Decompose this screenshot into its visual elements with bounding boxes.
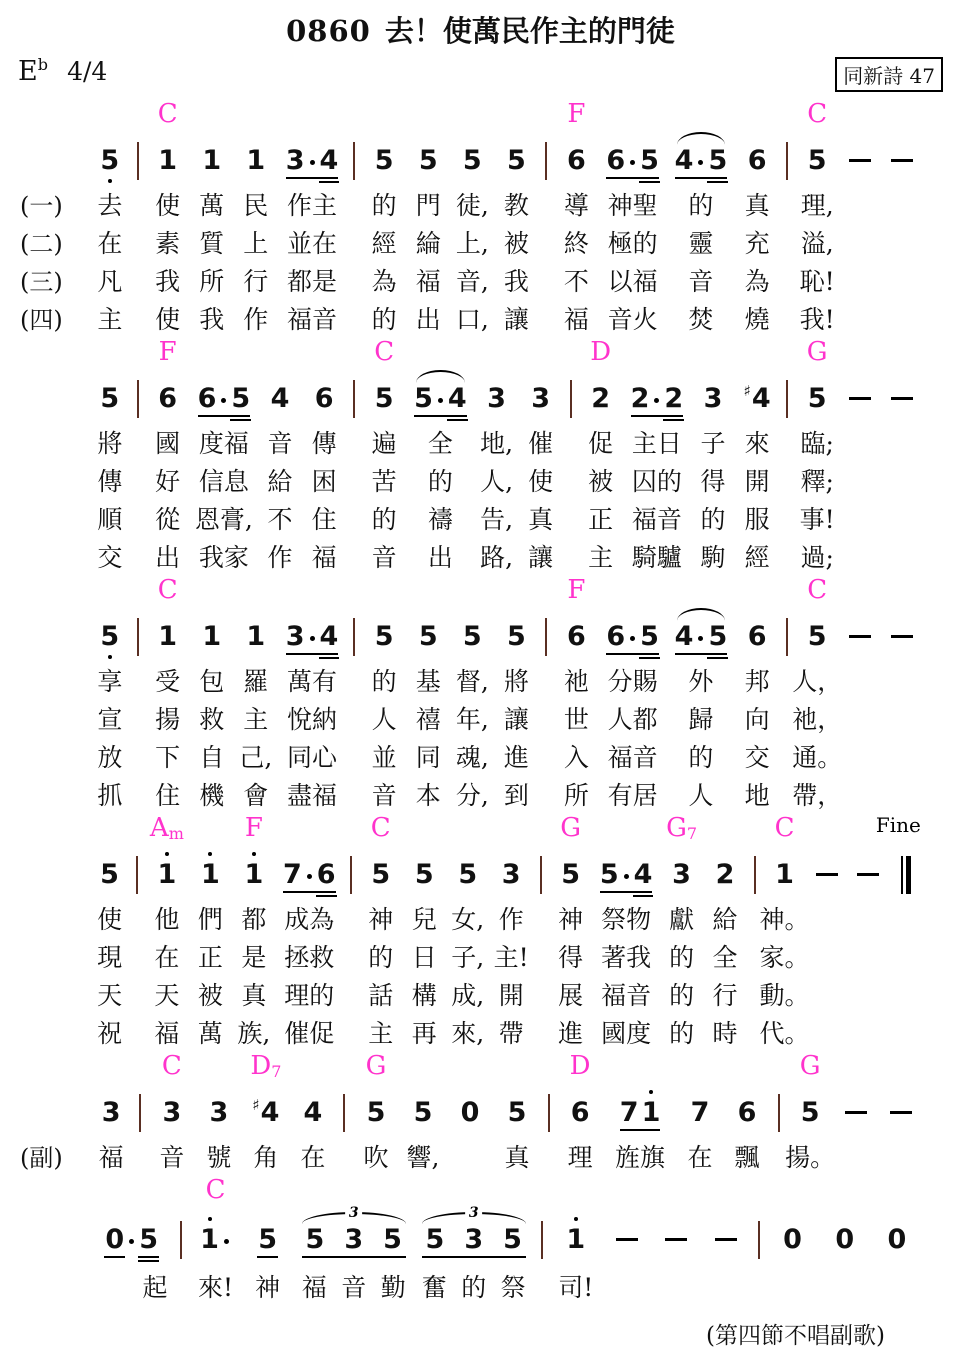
lyric (889, 939, 923, 977)
note-number: 3 (464, 1226, 483, 1253)
lyric (871, 1269, 923, 1307)
lyric: 世 (554, 701, 598, 739)
note-column: D6理 (557, 1053, 604, 1177)
note-column: 5將傳順交 (90, 339, 130, 577)
barline-column (779, 339, 795, 577)
note-row-cell: 5 (549, 849, 592, 901)
lyric (130, 539, 146, 577)
barline (786, 380, 788, 418)
lyric (346, 463, 362, 501)
note-number: 1 (201, 861, 220, 888)
lyric: 女, (446, 901, 489, 939)
note-column: 3子得的駒 (691, 339, 735, 577)
note-number: 7 (620, 1099, 639, 1126)
chord-symbol: G (549, 815, 592, 849)
barline-column (173, 1177, 189, 1307)
note-row-cell (538, 135, 554, 187)
note-column: 5將讓進到 (494, 577, 538, 815)
note-number: 4 (320, 147, 339, 174)
lyric: 祝 (90, 1015, 129, 1053)
lyric: 享 (90, 663, 130, 701)
lyric (779, 425, 795, 463)
chord-root: G (666, 815, 687, 841)
lyric: 正 (189, 939, 232, 977)
lyric: 代。 (763, 1015, 806, 1053)
octave-dot-above (574, 1217, 578, 1221)
lyric: 到 (494, 777, 538, 815)
chord-spacer (362, 101, 406, 135)
barline-column (129, 815, 145, 1053)
note-row-cell: 5 (362, 373, 406, 425)
beamed-note-group: 65 (198, 385, 251, 412)
lyric: 外 (667, 663, 735, 701)
note-row-cell (346, 611, 362, 663)
lyric (130, 225, 146, 263)
lyric (806, 939, 847, 977)
duration-dash (849, 635, 871, 638)
chord-root: C (775, 815, 795, 841)
note-number: 6 (315, 385, 334, 412)
note-row-cell: 3 (90, 1087, 132, 1139)
lyric: 質 (190, 225, 234, 263)
footnote: (第四節不唱副歌) (18, 1317, 943, 1350)
note-column: 6真充為燒 (735, 101, 779, 339)
lyric: 悅納 (278, 701, 346, 739)
duration-dash (816, 873, 838, 876)
beam-underline (286, 653, 339, 655)
chord-root: C (158, 577, 178, 603)
chord-spacer (701, 1177, 751, 1211)
note-row-cell (602, 1211, 652, 1269)
chord-spacer (494, 1053, 541, 1087)
note-number: 2 (664, 385, 683, 412)
lyric: 督, (450, 663, 494, 701)
beamed-note-group: 34 (286, 147, 339, 174)
note-number: 1 (566, 1226, 585, 1253)
note-number: 4 (634, 861, 653, 888)
augmentation-dot (310, 636, 315, 641)
note-number: 3 (531, 385, 550, 412)
chord-spacer (276, 815, 343, 849)
lyric: 展 (549, 977, 592, 1015)
lyric: 信息 (190, 463, 258, 501)
note-row-cell: 1 (145, 849, 188, 901)
lyric: 給 (703, 901, 746, 939)
note-row-cell (878, 1087, 923, 1139)
note-row-cell: 5 (795, 373, 839, 425)
underline-sixteenth (639, 657, 660, 659)
fine-mark: Fine (889, 815, 923, 849)
lyric (533, 901, 549, 939)
lyric: 來 (735, 425, 779, 463)
verse-label (18, 701, 90, 739)
lyric: 將 (90, 425, 130, 463)
chord-spacer (446, 815, 489, 849)
barline-column (541, 1053, 557, 1177)
chord-symbol: C (146, 577, 190, 611)
note-row-cell (533, 849, 549, 901)
lyric: 我! (795, 301, 839, 339)
chord-root: F (567, 577, 585, 603)
lyric: 成為 (276, 901, 343, 939)
chord-spacer (623, 339, 691, 373)
note-column: 6邦向交地 (735, 577, 779, 815)
barline-column (336, 1053, 352, 1177)
chord-spacer (475, 339, 519, 373)
lyric: 救 (190, 701, 234, 739)
verse-label-column (18, 339, 90, 577)
note-row-cell (881, 611, 923, 663)
lyric: 時 (703, 1015, 746, 1053)
lyric: 帶， (795, 777, 839, 815)
sheet-music-page: 0860去！使萬民作主的門徒 Eb 4/4 同新詩 47 (一)(二)(三)(四… (0, 0, 961, 1350)
lyric: 福 (554, 301, 598, 339)
note-number: 6 (606, 147, 625, 174)
duration-dash (616, 1238, 638, 1241)
note-row-cell (173, 1211, 189, 1269)
lyric (839, 263, 881, 301)
lyric: 通。 (795, 739, 839, 777)
lyric (839, 425, 881, 463)
lyric (130, 701, 146, 739)
verse-label: (三) (18, 263, 90, 301)
note-row-cell: 5 (450, 611, 494, 663)
note-column: 0 (447, 1053, 494, 1177)
chord-root: C (162, 1053, 182, 1079)
note-number: 5 (371, 861, 390, 888)
barline (136, 856, 138, 894)
tie-arc (416, 370, 464, 383)
beamed-note-group: 65 (606, 147, 659, 174)
note-column: G5吹 (352, 1053, 399, 1177)
note-row-cell: 5 (494, 611, 538, 663)
note-row-cell: 2 (703, 849, 746, 901)
lyric (779, 539, 795, 577)
note-row-cell (132, 1087, 148, 1139)
chord-spacer (563, 339, 579, 373)
note-row-cell: 1 (190, 135, 234, 187)
chord-symbol: G (352, 1053, 399, 1087)
lyric: 音火 (598, 301, 666, 339)
note-number: 1 (157, 861, 176, 888)
underline-sixteenth (316, 895, 337, 897)
beamed-note-group: 54 (414, 385, 467, 412)
note-row-cell (18, 135, 90, 187)
chord-root: G (807, 339, 828, 365)
augmentation-dot (310, 160, 315, 165)
note-row-cell: 6 (557, 1087, 604, 1139)
lyric: 自 (190, 739, 234, 777)
octave-dot-above (252, 852, 256, 856)
note-number: 5 (139, 1226, 158, 1253)
barline (758, 1221, 760, 1259)
lyric: 交 (90, 539, 130, 577)
lyric (839, 225, 881, 263)
lyric (881, 739, 923, 777)
note-row-cell: 5 (406, 611, 450, 663)
lyric: 的 (660, 1015, 703, 1053)
note-number: 7 (691, 1099, 710, 1126)
chord-spacer (90, 1177, 173, 1211)
note-number: 5 (600, 861, 619, 888)
lyric (881, 425, 923, 463)
note-number: 1 (158, 623, 177, 650)
note-column: 5使現天祝 (90, 815, 129, 1053)
lyric: 理的 (276, 977, 343, 1015)
chord-spacer (402, 815, 445, 849)
underline-sixteenth (138, 1260, 159, 1262)
lyric: 向 (735, 701, 779, 739)
chord-spacer (691, 339, 735, 373)
chord-root: G (366, 1053, 387, 1079)
lyric (533, 1015, 549, 1053)
lyric (346, 701, 362, 739)
verse-label (18, 539, 90, 577)
lyric: 事! (795, 501, 839, 539)
lyric (130, 187, 146, 225)
chord-symbol: F (554, 577, 598, 611)
lyric: 遍 (362, 425, 406, 463)
lyric: 被 (494, 225, 538, 263)
note-number: 3 (344, 1226, 363, 1253)
lyric: 真 (232, 977, 275, 1015)
barline (570, 380, 572, 418)
lyric: 在 (289, 1139, 336, 1177)
lyric: 主! (489, 939, 532, 977)
chord-spacer (602, 1177, 652, 1211)
note-number: 2 (591, 385, 610, 412)
chord-root: C (158, 101, 178, 127)
chord-symbol: D (579, 339, 623, 373)
system-2: 5將傳順交F6國好從出65度福信息恩膏,我家4音給不作6傳困住福C5遍苦的音54… (18, 339, 923, 577)
note-column: 5享宣放抓 (90, 577, 130, 815)
note-number: 3 (162, 1099, 181, 1126)
lyric: 度福 (190, 425, 258, 463)
lyric: 子 (691, 425, 735, 463)
chord-spacer (90, 101, 130, 135)
augmentation-dot (224, 1239, 229, 1244)
lyric: 素 (146, 225, 190, 263)
lyric-char: 祭 (501, 1275, 526, 1300)
lyric: 在 (145, 939, 188, 977)
lyric (346, 263, 362, 301)
note-number: 6 (571, 1099, 590, 1126)
note-column (839, 577, 881, 815)
chord-spacer (447, 1053, 494, 1087)
lyric: 分賜 (598, 663, 666, 701)
verse-label (18, 663, 90, 701)
lyric: 人 (362, 701, 406, 739)
duration-dash (849, 159, 871, 162)
chord-spacer (406, 577, 450, 611)
note-column: 3535奮的祭 (414, 1177, 534, 1307)
chord-root: D (570, 1053, 591, 1079)
lyric: 促 (579, 425, 623, 463)
lyric (538, 701, 554, 739)
note-row-cell: 1 (189, 1211, 241, 1269)
lyric: 被 (579, 463, 623, 501)
note-row-cell: 4 (289, 1087, 336, 1139)
underline-eighth (138, 1256, 159, 1258)
lyric-char: 勤 (381, 1275, 406, 1300)
lyric: 國度 (592, 1015, 659, 1053)
barline (139, 1094, 141, 1132)
lyric: 入 (554, 739, 598, 777)
lyric (343, 939, 359, 977)
verse-label (18, 501, 90, 539)
note-row-cell: 3 (148, 1087, 195, 1139)
verse-label-column: (一)(二)(三)(四) (18, 101, 90, 339)
note-number: 5 (463, 147, 482, 174)
lyric: 住 (302, 501, 346, 539)
lyric-char: 的 (461, 1275, 486, 1300)
lyric: 的 (660, 977, 703, 1015)
note-row-cell: ♯4 (242, 1087, 289, 1139)
system-5: (副)3福C3音3號D7♯4角4在G5吹5響,05真D6理71旌旗7在6飄G5揚… (18, 1053, 923, 1177)
lyric: 開 (489, 977, 532, 1015)
note-number: 6 (158, 385, 177, 412)
chord-spacer (18, 577, 90, 611)
final-barline (901, 856, 911, 894)
note-row-cell: 54 (406, 373, 474, 425)
chord-root: D (590, 339, 611, 365)
note-column: 3號 (195, 1053, 242, 1177)
verse-label (18, 1269, 90, 1307)
barline-column (343, 815, 359, 1053)
lyric: 進 (494, 739, 538, 777)
lyric: 都 (232, 901, 275, 939)
lyric (346, 425, 362, 463)
chord-spacer (541, 1053, 557, 1087)
verse-label (18, 1015, 90, 1053)
duration-dash (665, 1238, 687, 1241)
lyric: 我 (190, 301, 234, 339)
chord-root: A (150, 815, 169, 841)
lyric (848, 901, 889, 939)
note-row-cell: 1 (763, 849, 806, 901)
note-row-cell: 5 (402, 849, 445, 901)
verse-label: (副) (18, 1139, 90, 1177)
beam-underline (414, 415, 467, 417)
note-row-cell: 5 (242, 1211, 294, 1269)
chord-spacer (132, 1053, 148, 1087)
chord-symbol: D (557, 1053, 604, 1087)
lyric: 萬 (189, 1015, 232, 1053)
beamed-note-group: 71 (620, 1099, 661, 1126)
note-number: 4 (304, 1099, 323, 1126)
note-row-cell (18, 1087, 90, 1139)
lyric: 音 (148, 1139, 195, 1177)
lyric (538, 663, 554, 701)
note-column: 5督,年,魂,分, (450, 577, 494, 815)
lyric: 傳 (90, 463, 130, 501)
lyric (881, 187, 923, 225)
lyric: 有居 (598, 777, 666, 815)
octave-dot-above (649, 1090, 653, 1094)
note-row-cell (779, 373, 795, 425)
chord-symbol: F (146, 339, 190, 373)
barline (541, 1221, 543, 1259)
lyric: 苦 (362, 463, 406, 501)
lyric (839, 463, 881, 501)
note-row-cell (848, 849, 889, 901)
triplet-group: 3535 (302, 1226, 406, 1253)
note-column: 2給全行時 (703, 815, 746, 1053)
verse-label-column (18, 815, 90, 1053)
note-row-cell: 34 (278, 611, 346, 663)
lyric (779, 501, 795, 539)
barline (180, 1221, 182, 1259)
lyric: 駒 (691, 539, 735, 577)
note-row-cell: 76 (276, 849, 343, 901)
note-number: 5 (100, 861, 119, 888)
lyric: 福音 (623, 501, 691, 539)
note-column: 22主日囚的福音騎驢 (623, 339, 691, 577)
note-column: G73獻的的的 (660, 815, 703, 1053)
lyric (889, 977, 923, 1015)
lyric (848, 1015, 889, 1053)
chord-spacer (779, 339, 795, 373)
chord-spacer (234, 577, 278, 611)
chord-spacer (881, 577, 923, 611)
note-column (834, 1053, 879, 1177)
lyric (848, 939, 889, 977)
triplet-number: 3 (465, 1205, 483, 1221)
lyric: 我 (494, 263, 538, 301)
chord-spacer (195, 1053, 242, 1087)
chord-root: C (374, 339, 394, 365)
lyric: 萬 (190, 187, 234, 225)
augmentation-dot (630, 636, 635, 641)
lyric: 來, (446, 1015, 489, 1053)
lyric: 導 (554, 187, 598, 225)
lyric (130, 739, 146, 777)
lyric: 教 (494, 187, 538, 225)
lyric: 騎驢 (623, 539, 691, 577)
beam-underline (675, 653, 728, 655)
note-column: 54祭物著我福音國度 (592, 815, 659, 1053)
chord-symbol: C (763, 815, 806, 849)
note-number: 5 (808, 623, 827, 650)
chord-spacer (343, 815, 359, 849)
lyric: 機 (190, 777, 234, 815)
reference-box: 同新詩 47 (835, 57, 943, 92)
verse-label: (四) (18, 301, 90, 339)
note-column: G5揚。 (787, 1053, 834, 1177)
barline-column (130, 101, 146, 339)
chord-spacer (18, 815, 90, 849)
chord-root: C (807, 577, 827, 603)
lyric: 主 (359, 1015, 402, 1053)
lyric: 溢, (795, 225, 839, 263)
chord-spacer (494, 101, 538, 135)
underline-eighth (257, 1256, 278, 1258)
note-row-cell: 5 (494, 1087, 541, 1139)
note-number: 6 (567, 623, 586, 650)
lyric (346, 501, 362, 539)
note-column (881, 101, 923, 339)
note-row-cell: 1 (550, 1211, 602, 1269)
note-row-cell: 6 (146, 373, 190, 425)
underline-sixteenth (707, 657, 728, 659)
lyric: 祂， (795, 701, 839, 739)
lyric (767, 1269, 819, 1307)
note-number: 5 (463, 623, 482, 650)
barline (540, 856, 542, 894)
chord-spacer (90, 339, 130, 373)
note-row-cell (881, 135, 923, 187)
lyric (779, 301, 795, 339)
